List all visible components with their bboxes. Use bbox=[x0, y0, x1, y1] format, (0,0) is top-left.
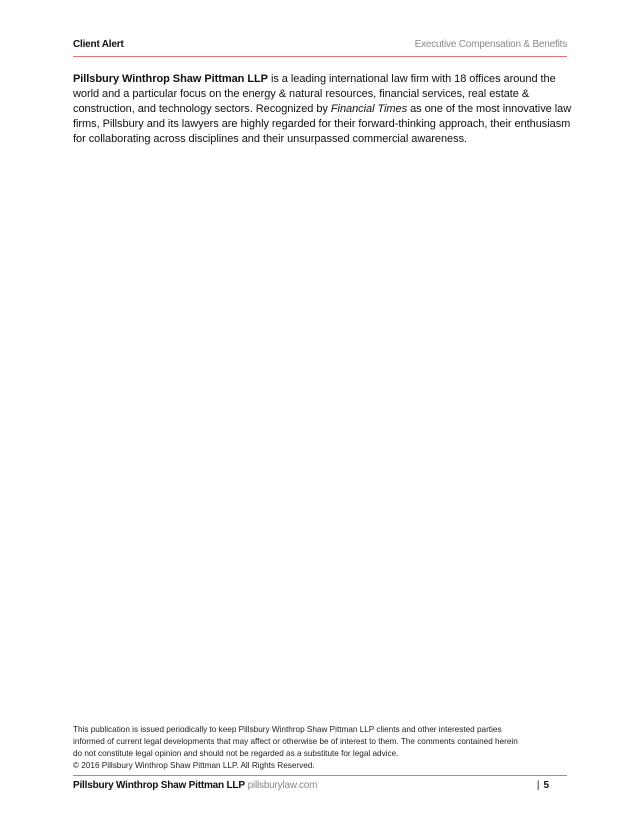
disclaimer: This publication is issued periodically … bbox=[73, 724, 573, 772]
disclaimer-line: informed of current legal developments t… bbox=[73, 736, 573, 748]
header-doc-type: Client Alert bbox=[73, 39, 124, 50]
disclaimer-line: do not constitute legal opinion and shou… bbox=[73, 748, 573, 760]
page-header: Client Alert Executive Compensation & Be… bbox=[73, 39, 567, 53]
page-footer: Pillsbury Winthrop Shaw Pittman LLP pill… bbox=[73, 780, 567, 794]
page-separator: | bbox=[537, 780, 540, 791]
footer-website-link[interactable]: pillsburylaw.com bbox=[248, 780, 318, 791]
footer-firm-name: Pillsbury Winthrop Shaw Pittman LLP bbox=[73, 780, 245, 791]
header-divider bbox=[73, 56, 567, 57]
page-number-block: |5 bbox=[537, 780, 549, 791]
firm-description-paragraph: Pillsbury Winthrop Shaw Pittman LLP is a… bbox=[73, 72, 573, 147]
header-practice-area: Executive Compensation & Benefits bbox=[415, 39, 567, 50]
disclaimer-line: This publication is issued periodically … bbox=[73, 724, 573, 736]
page-number: 5 bbox=[543, 780, 549, 791]
firm-name: Pillsbury Winthrop Shaw Pittman LLP bbox=[73, 73, 268, 85]
footer-divider bbox=[73, 775, 567, 776]
copyright-notice: © 2016 Pillsbury Winthrop Shaw Pittman L… bbox=[73, 760, 573, 772]
publication-name: Financial Times bbox=[331, 103, 407, 115]
